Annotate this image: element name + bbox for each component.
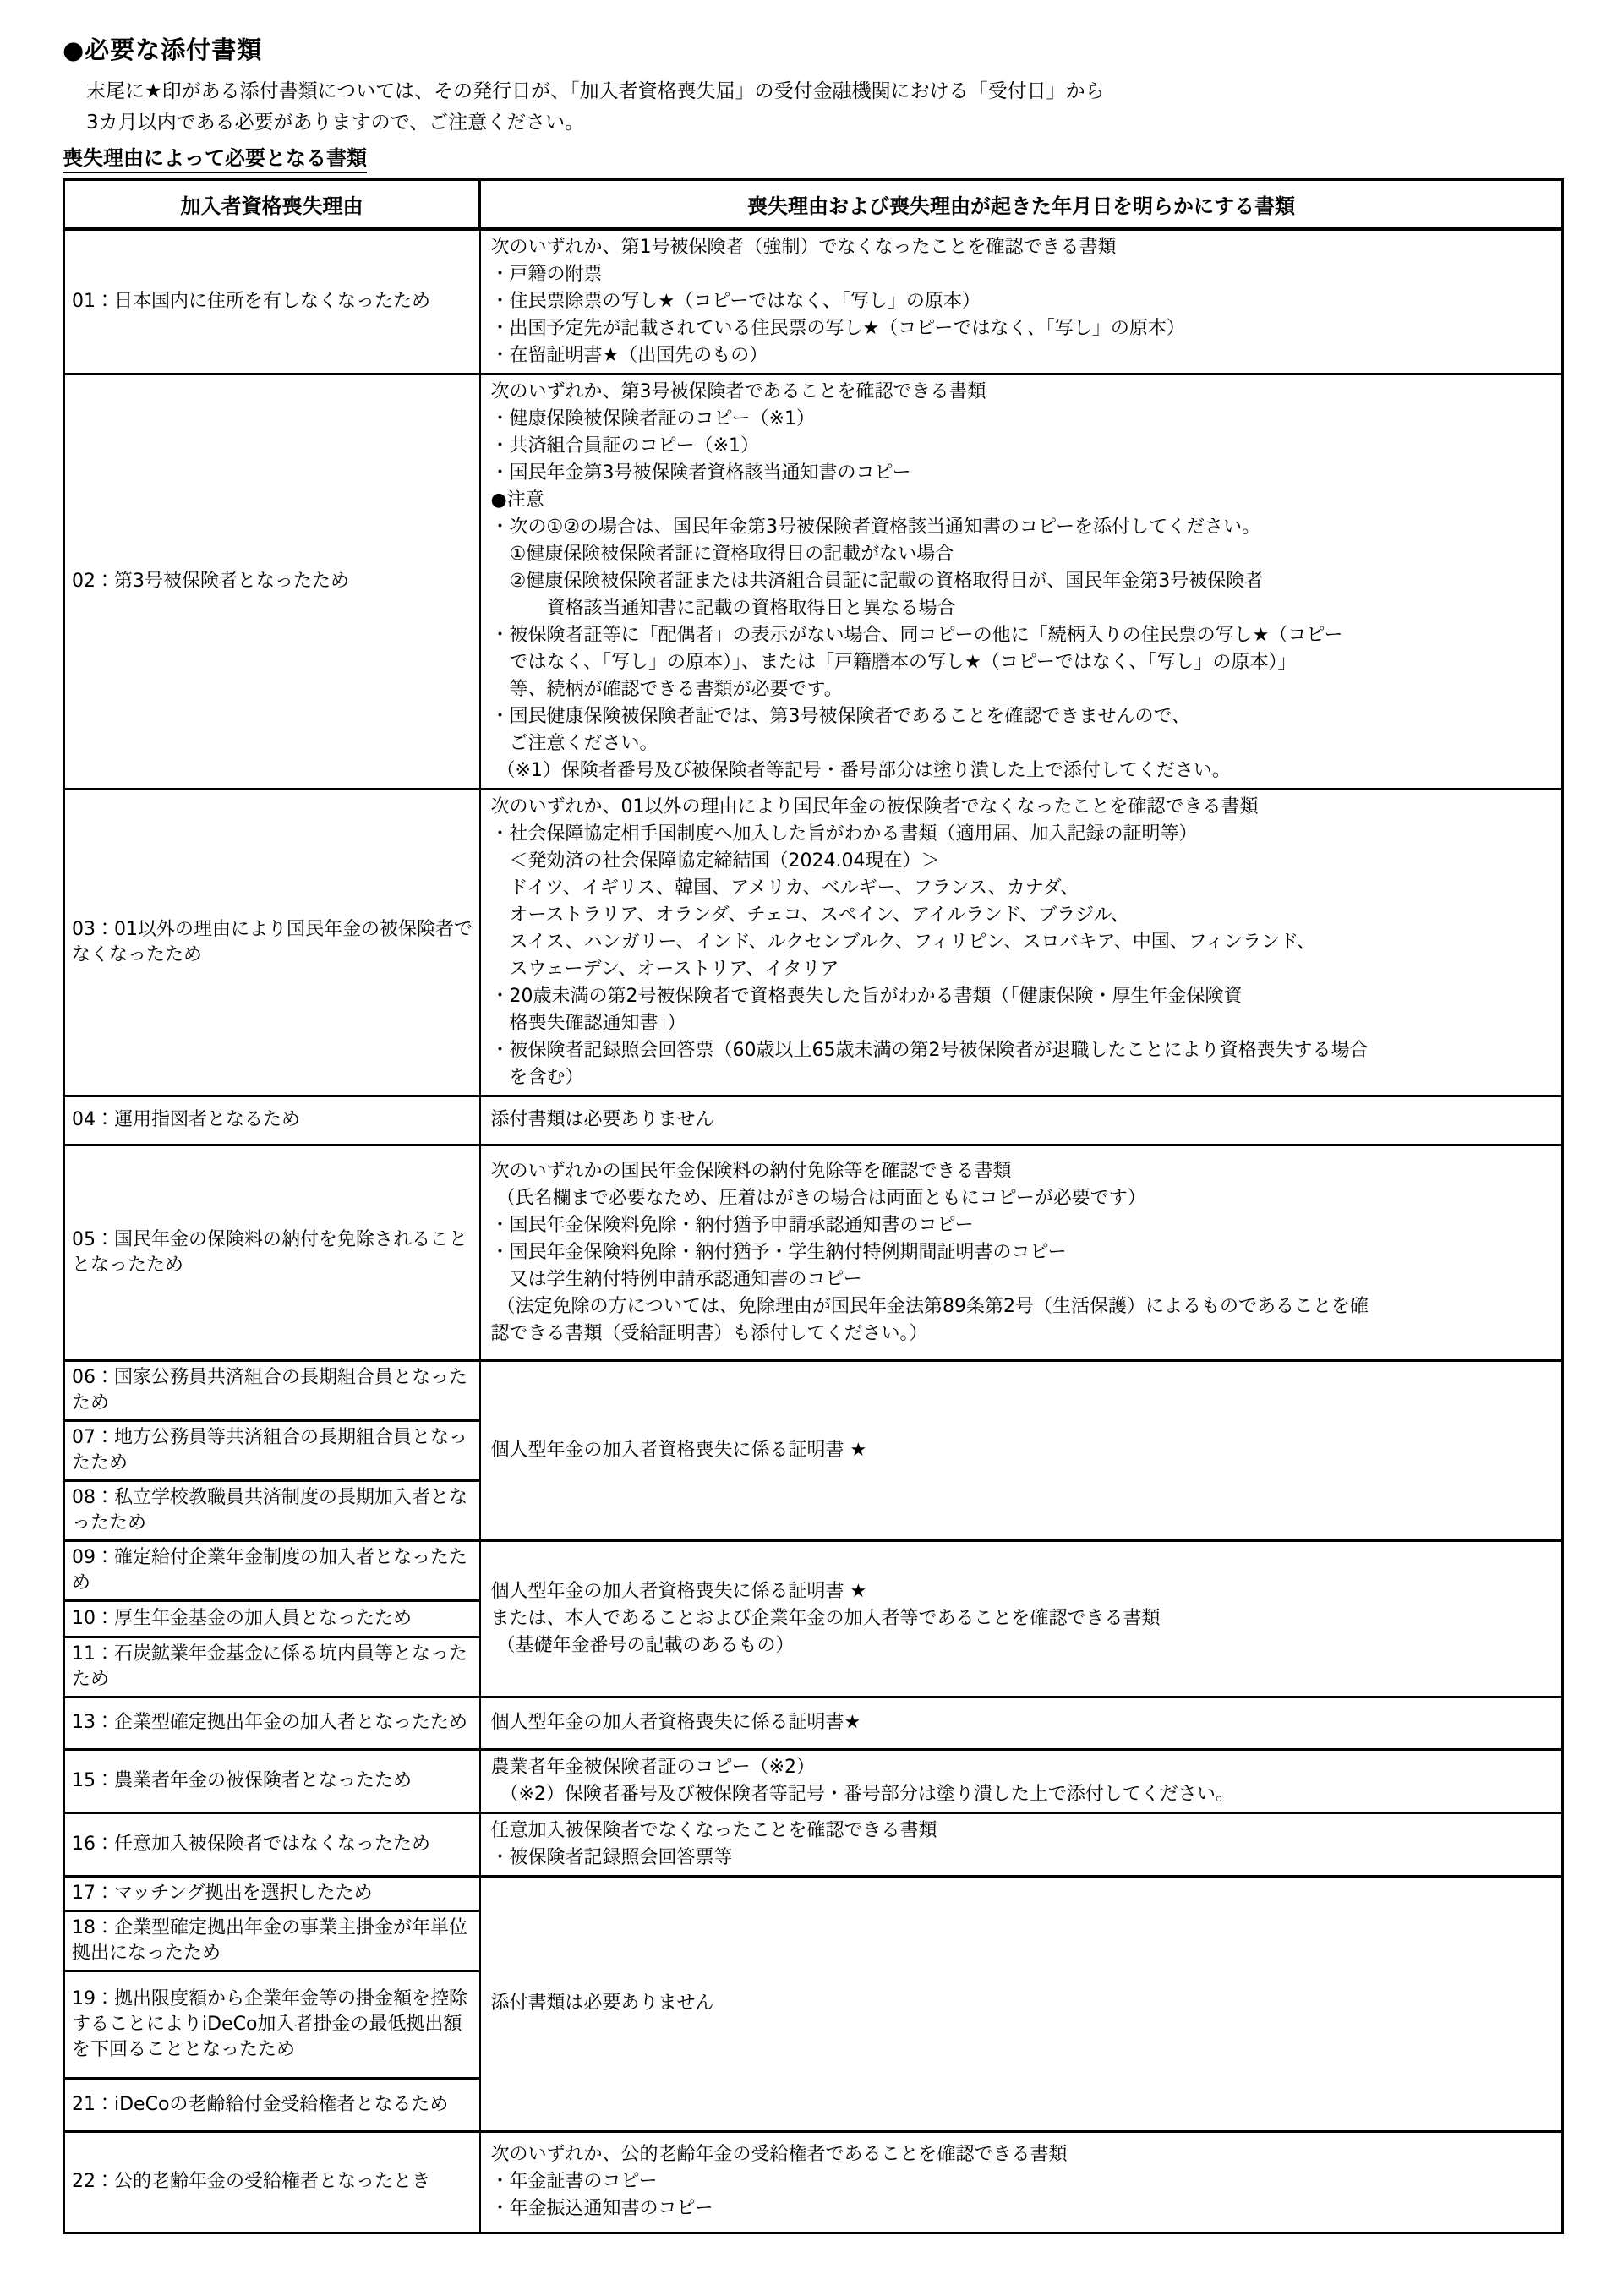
reason-cell-18: 18：企業型確定拠出年金の事業主掛金が年単位拠出になったため [64,1911,480,1971]
document-page: ●必要な添付書類 末尾に★印がある添付書類については、その発行日が、「加入者資格… [0,0,1623,2296]
intro-note: 末尾に★印がある添付書類については、その発行日が、「加入者資格喪失届」の受付金融… [86,76,1566,139]
table-row: 05：国民年金の保険料の納付を免除されることとなったため 次のいずれかの国民年金… [64,1145,1563,1360]
column-header-documents: 喪失理由および喪失理由が起きた年月日を明らかにする書類 [480,180,1563,229]
reason-cell-17: 17：マッチング拠出を選択したため [64,1876,480,1911]
table-row: 02：第3号被保険者となったため 次のいずれか、第3号被保険者であることを確認で… [64,374,1563,789]
reason-cell-15: 15：農業者年金の被保険者となったため [64,1749,480,1812]
reason-cell-09: 09：確定給付企業年金制度の加入者となったため [64,1540,480,1600]
reason-cell-11: 11：石炭鉱業年金基金に係る坑内員等となったため [64,1637,480,1697]
reason-cell-19: 19：拠出限度額から企業年金等の掛金額を控除することによりiDeCo加入者掛金の… [64,1971,480,2078]
page-title: ●必要な添付書類 [63,36,1566,64]
reason-cell-22: 22：公的老齢年金の受給権者となったとき [64,2131,480,2233]
reason-cell-01: 01：日本国内に住所を有しなくなったため [64,229,480,374]
reason-cell-07: 07：地方公務員等共済組合の長期組合員となったため [64,1420,480,1480]
documents-cell-06-08: 個人型年金の加入者資格喪失に係る証明書 ★ [480,1360,1563,1540]
reason-cell-10: 10：厚生年金基金の加入員となったため [64,1600,480,1637]
documents-cell-03: 次のいずれか、01以外の理由により国民年金の被保険者でなくなったことを確認できる… [480,789,1563,1096]
loss-reason-table: 加入者資格喪失理由 喪失理由および喪失理由が起きた年月日を明らかにする書類 01… [63,178,1564,2234]
column-header-reason: 加入者資格喪失理由 [64,180,480,229]
documents-cell-17-21: 添付書類は必要ありません [480,1876,1563,2131]
documents-cell-05: 次のいずれかの国民年金保険料の納付免除等を確認できる書類 （氏名欄まで必要なため… [480,1145,1563,1360]
table-row: 13：企業型確定拠出年金の加入者となったため 個人型年金の加入者資格喪失に係る証… [64,1697,1563,1749]
reason-cell-21: 21：iDeCoの老齢給付金受給権者となるため [64,2078,480,2131]
documents-cell-04: 添付書類は必要ありません [480,1096,1563,1145]
table-row: 06：国家公務員共済組合の長期組合員となったため 個人型年金の加入者資格喪失に係… [64,1360,1563,1420]
reason-cell-06: 06：国家公務員共済組合の長期組合員となったため [64,1360,480,1420]
reason-cell-04: 04：運用指図者となるため [64,1096,480,1145]
table-row: 22：公的老齢年金の受給権者となったとき 次のいずれか、公的老齢年金の受給権者で… [64,2131,1563,2233]
table-row: 15：農業者年金の被保険者となったため 農業者年金被保険者証のコピー（※2） （… [64,1749,1563,1812]
table-row: 16：任意加入被保険者ではなくなったため 任意加入被保険者でなくなったことを確認… [64,1812,1563,1876]
documents-cell-09-11: 個人型年金の加入者資格喪失に係る証明書 ★ または、本人であることおよび企業年金… [480,1540,1563,1697]
documents-cell-16: 任意加入被保険者でなくなったことを確認できる書類 ・被保険者記録照会回答票等 [480,1812,1563,1876]
reason-cell-03: 03：01以外の理由により国民年金の被保険者でなくなったため [64,789,480,1096]
documents-cell-22: 次のいずれか、公的老齢年金の受給権者であることを確認できる書類 ・年金証書のコピ… [480,2131,1563,2233]
table-row: 04：運用指図者となるため 添付書類は必要ありません [64,1096,1563,1145]
documents-cell-15: 農業者年金被保険者証のコピー（※2） （※2）保険者番号及び被保険者等記号・番号… [480,1749,1563,1812]
documents-cell-02: 次のいずれか、第3号被保険者であることを確認できる書類 ・健康保険被保険者証のコ… [480,374,1563,789]
documents-cell-13: 個人型年金の加入者資格喪失に係る証明書★ [480,1697,1563,1749]
reason-cell-05: 05：国民年金の保険料の納付を免除されることとなったため [64,1145,480,1360]
reason-cell-02: 02：第3号被保険者となったため [64,374,480,789]
table-row: 17：マッチング拠出を選択したため 添付書類は必要ありません [64,1876,1563,1911]
section-label-row: 喪失理由によって必要となる書類 [63,145,1566,173]
table-header-row: 加入者資格喪失理由 喪失理由および喪失理由が起きた年月日を明らかにする書類 [64,180,1563,229]
table-row: 01：日本国内に住所を有しなくなったため 次のいずれか、第1号被保険者（強制）で… [64,229,1563,374]
table-section-label: 喪失理由によって必要となる書類 [63,145,367,173]
documents-cell-01: 次のいずれか、第1号被保険者（強制）でなくなったことを確認できる書類 ・戸籍の附… [480,229,1563,374]
reason-cell-16: 16：任意加入被保険者ではなくなったため [64,1812,480,1876]
reason-cell-13: 13：企業型確定拠出年金の加入者となったため [64,1697,480,1749]
reason-cell-08: 08：私立学校教職員共済制度の長期加入者となったため [64,1480,480,1540]
table-row: 09：確定給付企業年金制度の加入者となったため 個人型年金の加入者資格喪失に係る… [64,1540,1563,1600]
table-row: 03：01以外の理由により国民年金の被保険者でなくなったため 次のいずれか、01… [64,789,1563,1096]
